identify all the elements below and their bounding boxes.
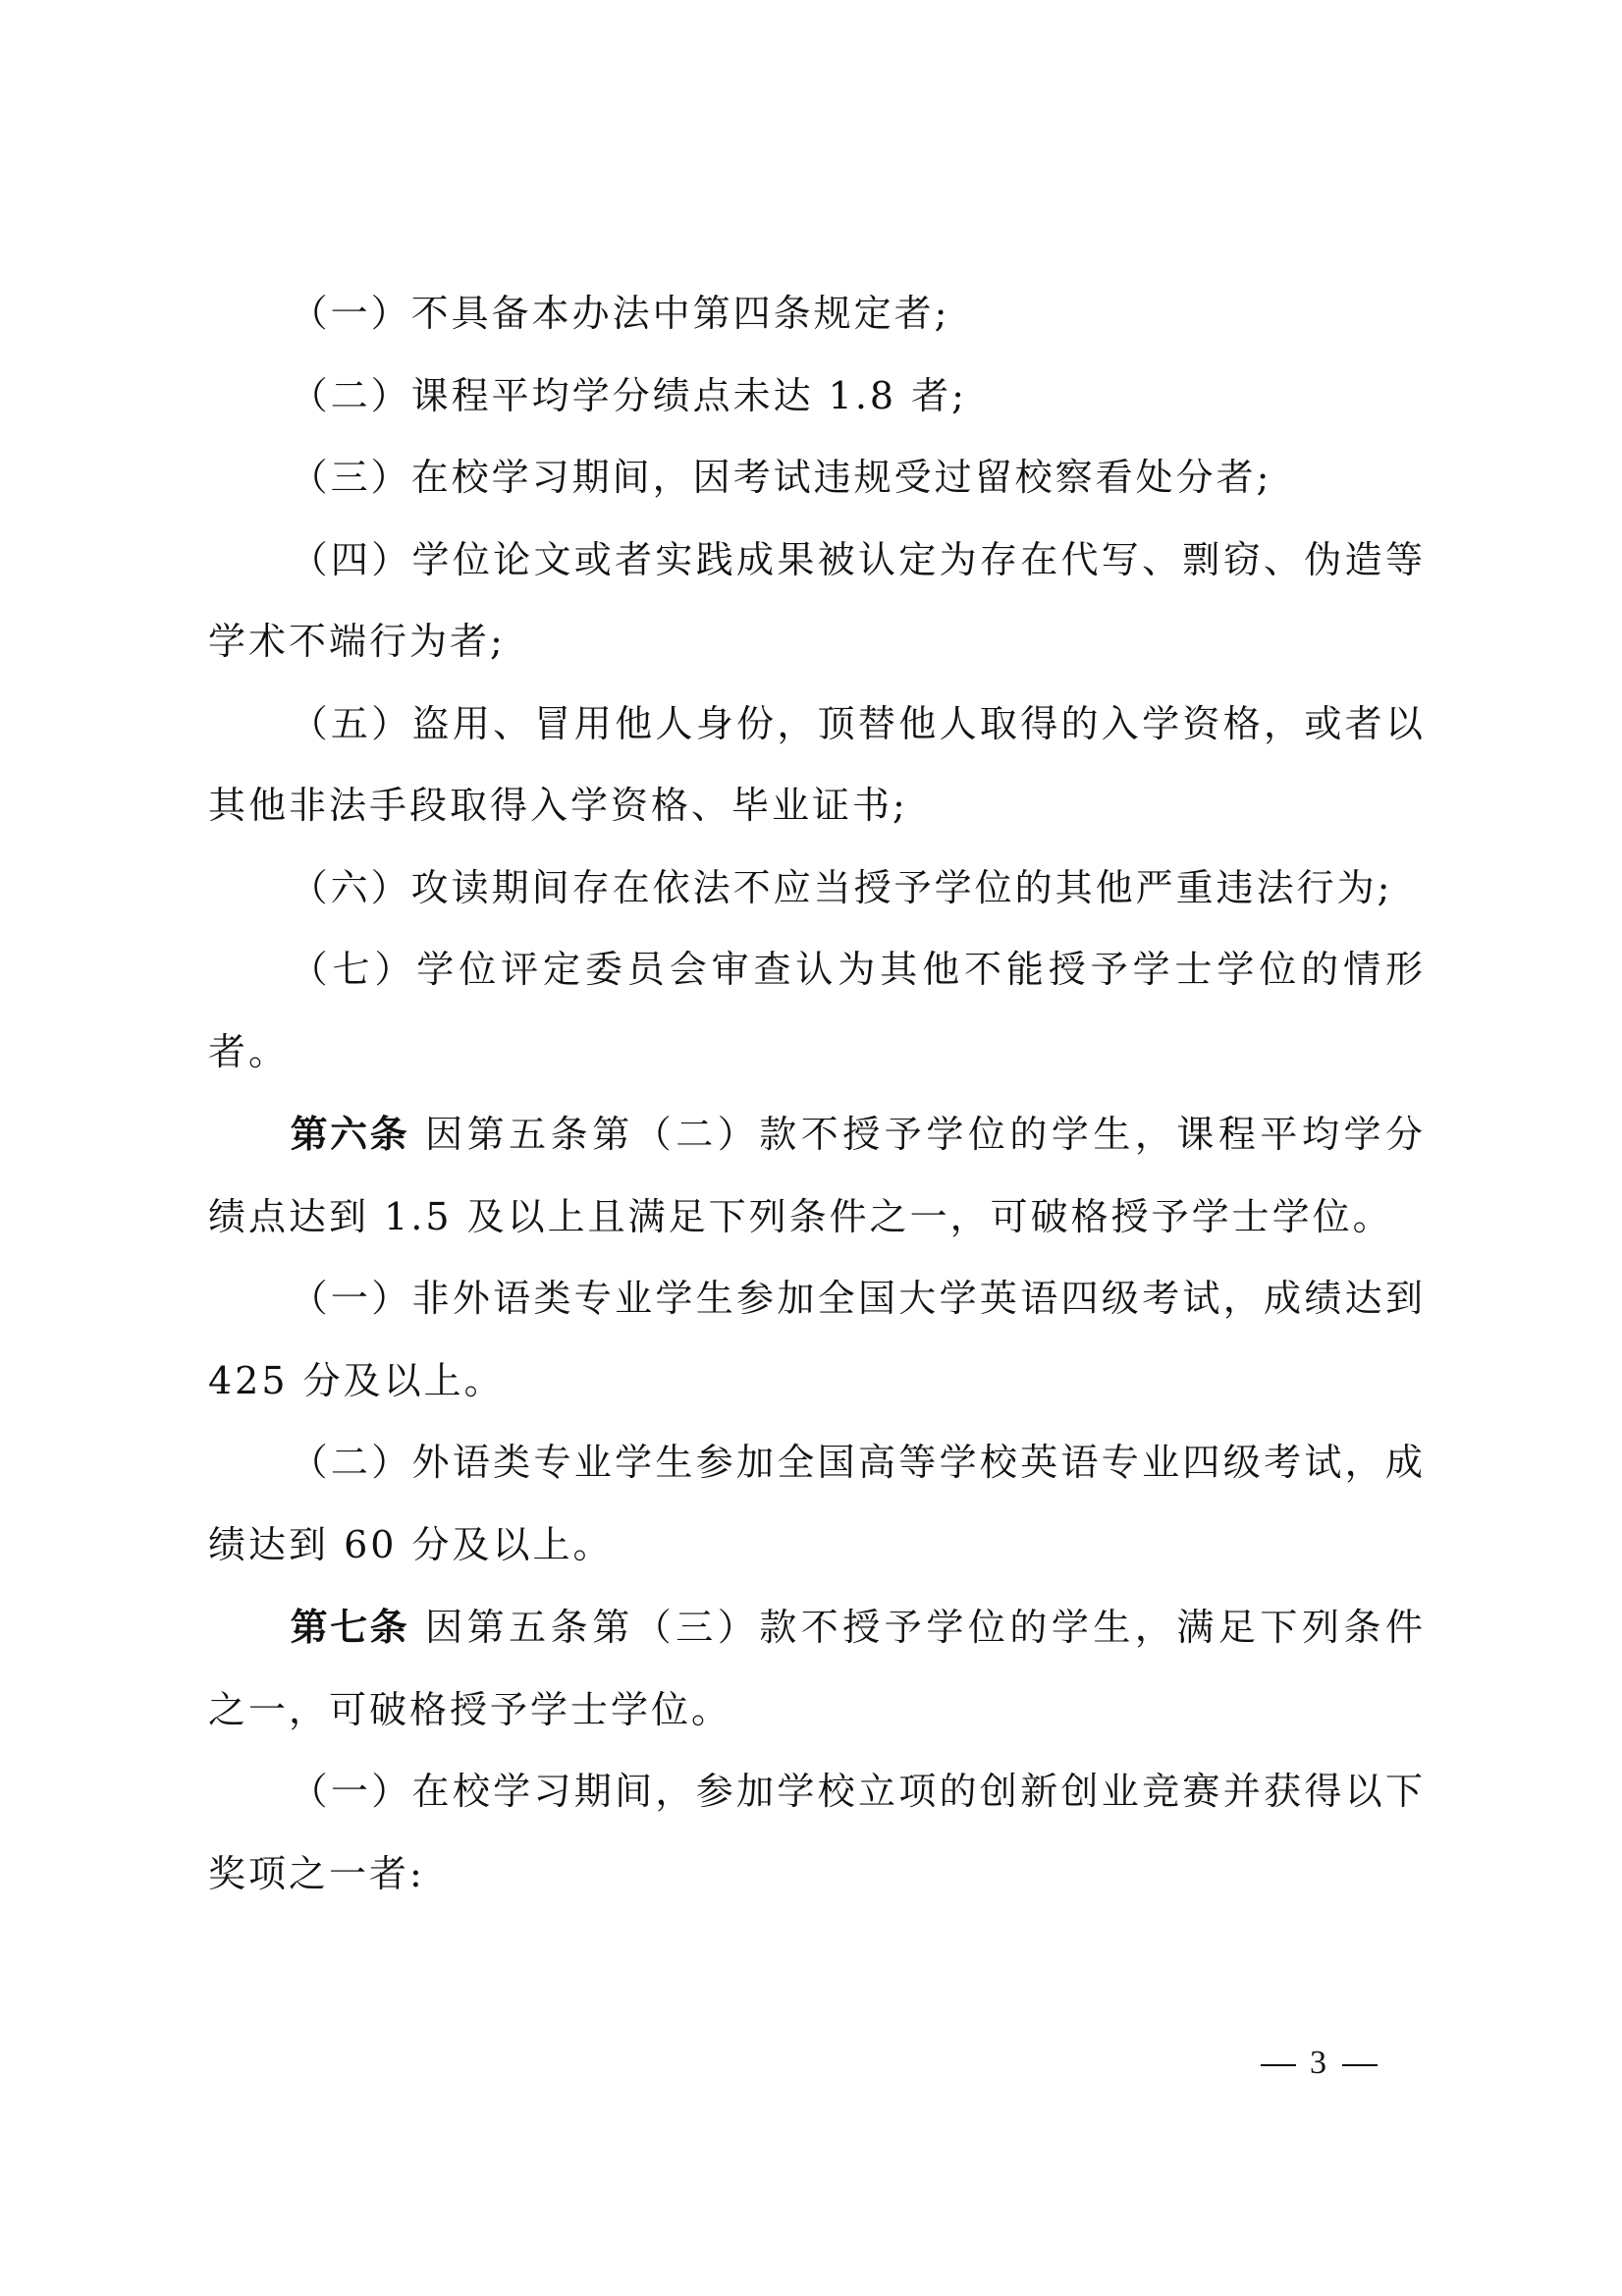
article-6: 第六条因第五条第（二）款不授予学位的学生，课程平均学分绩点达到 1.5 及以上且… bbox=[208, 1093, 1426, 1258]
article-7-item-1: （一）在校学习期间，参加学校立项的创新创业竞赛并获得以下奖项之一者: bbox=[208, 1751, 1426, 1915]
clause-5-item-1: （一）不具备本办法中第四条规定者; bbox=[208, 273, 1426, 355]
clause-5-item-5: （五）盗用、冒用他人身份，顶替他人取得的入学资格，或者以其他非法手段取得入学资格… bbox=[208, 683, 1426, 847]
clause-5-item-6: （六）攻读期间存在依法不应当授予学位的其他严重违法行为; bbox=[208, 847, 1426, 930]
clause-5-item-3: （三）在校学习期间，因考试违规受过留校察看处分者; bbox=[208, 437, 1426, 519]
article-7: 第七条因第五条第（三）款不授予学位的学生，满足下列条件之一，可破格授予学士学位。 bbox=[208, 1586, 1426, 1751]
article-7-heading: 第七条 bbox=[291, 1605, 410, 1649]
page-number: 3 bbox=[1247, 2045, 1391, 2082]
clause-5-item-4: （四）学位论文或者实践成果被认定为存在代写、剽窃、伪造等学术不端行为者; bbox=[208, 519, 1426, 683]
dash-right-icon bbox=[1342, 2064, 1378, 2066]
document-body: （一）不具备本办法中第四条规定者; （二）课程平均学分绩点未达 1.8 者; （… bbox=[208, 273, 1426, 1915]
page-number-value: 3 bbox=[1310, 2045, 1328, 2081]
document-page: （一）不具备本办法中第四条规定者; （二）课程平均学分绩点未达 1.8 者; （… bbox=[0, 0, 1622, 2296]
dash-left-icon bbox=[1261, 2064, 1296, 2066]
article-6-item-2: （二）外语类专业学生参加全国高等学校英语专业四级考试，成绩达到 60 分及以上。 bbox=[208, 1422, 1426, 1586]
clause-5-item-7: （七）学位评定委员会审查认为其他不能授予学士学位的情形者。 bbox=[208, 929, 1426, 1093]
article-6-item-1: （一）非外语类专业学生参加全国大学英语四级考试，成绩达到 425 分及以上。 bbox=[208, 1258, 1426, 1422]
article-6-heading: 第六条 bbox=[291, 1112, 410, 1156]
clause-5-item-2: （二）课程平均学分绩点未达 1.8 者; bbox=[208, 355, 1426, 438]
